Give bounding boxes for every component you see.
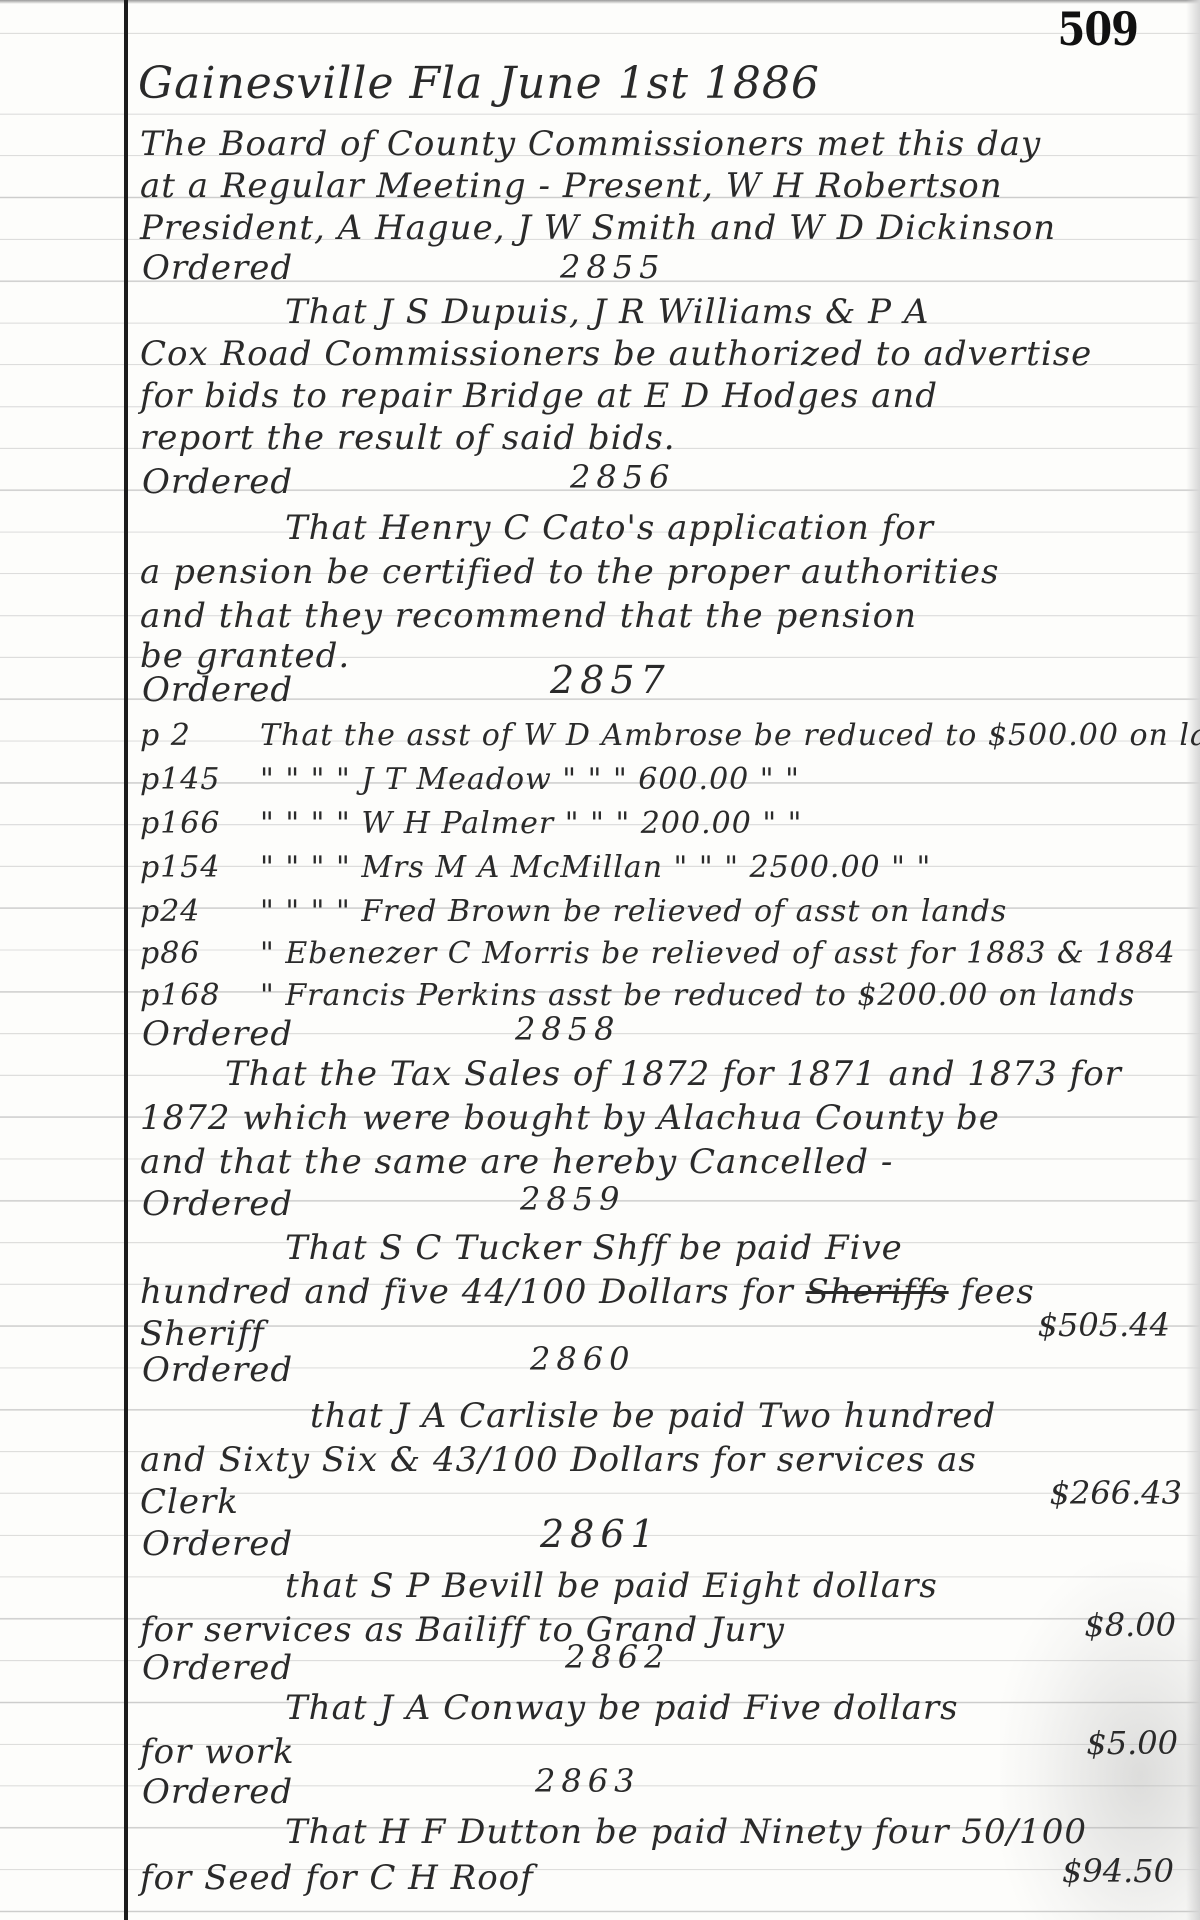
struck-word: Sheriffs bbox=[806, 1272, 949, 1312]
page-ref: p24 bbox=[140, 894, 260, 929]
page-ref: p166 bbox=[140, 806, 260, 841]
preamble-line: The Board of County Commissioners met th… bbox=[140, 124, 1041, 164]
assessment-text: " " " " J T Meadow " " " 600.00 " " bbox=[260, 762, 800, 797]
order-text: for services as Bailiff to Grand Jury bbox=[140, 1610, 785, 1650]
assessment-row: p166" " " " W H Palmer " " " 200.00 " " bbox=[140, 806, 802, 841]
order-number: 2858 bbox=[515, 1010, 620, 1048]
ordered-label: Ordered bbox=[142, 1524, 293, 1564]
page-heading: Gainesville Fla June 1st 1886 bbox=[138, 58, 820, 109]
order-number: 2857 bbox=[550, 658, 671, 702]
order-number: 2860 bbox=[530, 1340, 635, 1378]
payment-amount: $5.00 bbox=[1086, 1724, 1178, 1762]
page-number: 509 bbox=[1058, 2, 1139, 56]
order-number: 2859 bbox=[520, 1180, 625, 1218]
ordered-label: Ordered bbox=[142, 670, 293, 710]
order-text: for Seed for C H Roof bbox=[140, 1858, 534, 1898]
assessment-row: p168" Francis Perkins asst be reduced to… bbox=[140, 978, 1135, 1013]
page-ref: p145 bbox=[140, 762, 260, 797]
order-number: 2861 bbox=[540, 1512, 661, 1556]
assessment-text: That the asst of W D Ambrose be reduced … bbox=[260, 718, 1200, 753]
assessment-text: " Francis Perkins asst be reduced to $20… bbox=[260, 978, 1135, 1013]
order-text: 1872 which were bought by Alachua County… bbox=[140, 1098, 1000, 1138]
page-ref: p 2 bbox=[140, 718, 260, 753]
order-text: hundred and five 44/100 Dollars for Sher… bbox=[140, 1272, 1035, 1312]
order-text-fragment: hundred and five 44/100 Dollars for bbox=[140, 1272, 794, 1312]
preamble-line: at a Regular Meeting - Present, W H Robe… bbox=[140, 166, 1003, 206]
payment-amount: $266.43 bbox=[1050, 1474, 1182, 1512]
page-top-edge bbox=[0, 0, 1200, 4]
payment-amount: $94.50 bbox=[1062, 1852, 1174, 1890]
order-text: That Henry C Cato's application for bbox=[285, 508, 934, 548]
order-text: and that the same are hereby Cancelled - bbox=[140, 1142, 893, 1182]
ordered-label: Ordered bbox=[142, 1350, 293, 1390]
order-number: 2862 bbox=[565, 1638, 670, 1676]
assessment-row: p154" " " " Mrs M A McMillan " " " 2500.… bbox=[140, 850, 931, 885]
order-text: That the Tax Sales of 1872 for 1871 and … bbox=[225, 1054, 1122, 1094]
payment-amount: $505.44 bbox=[1038, 1306, 1170, 1344]
ordered-label: Ordered bbox=[142, 1772, 293, 1812]
order-text: That J S Dupuis, J R Williams & P A bbox=[285, 292, 929, 332]
order-text: a pension be certified to the proper aut… bbox=[140, 552, 999, 592]
order-text: Clerk bbox=[140, 1482, 239, 1522]
order-text: that S P Bevill be paid Eight dollars bbox=[285, 1566, 938, 1606]
payment-amount: $8.00 bbox=[1084, 1606, 1176, 1644]
order-text: and Sixty Six & 43/100 Dollars for servi… bbox=[140, 1440, 977, 1480]
assessment-row: p24" " " " Fred Brown be relieved of ass… bbox=[140, 894, 1007, 929]
page-ref: p168 bbox=[140, 978, 260, 1013]
preamble-line: President, A Hague, J W Smith and W D Di… bbox=[140, 208, 1056, 248]
ledger-page: 509 Gainesville Fla June 1st 1886 The Bo… bbox=[0, 0, 1200, 1920]
ordered-label: Ordered bbox=[142, 1014, 293, 1054]
assessment-text: " " " " W H Palmer " " " 200.00 " " bbox=[260, 806, 802, 841]
assessment-row: p86" Ebenezer C Morris be relieved of as… bbox=[140, 936, 1176, 971]
assessment-row: p 2That the asst of W D Ambrose be reduc… bbox=[140, 718, 1200, 753]
ordered-label: Ordered bbox=[142, 462, 293, 502]
ordered-label: Ordered bbox=[142, 248, 293, 288]
order-text: Cox Road Commissioners be authorized to … bbox=[140, 334, 1092, 374]
order-text: That J A Conway be paid Five dollars bbox=[285, 1688, 959, 1728]
order-text: That H F Dutton be paid Ninety four 50/1… bbox=[285, 1812, 1087, 1852]
margin-rule bbox=[124, 0, 128, 1920]
assessment-text: " " " " Fred Brown be relieved of asst o… bbox=[260, 894, 1007, 929]
order-text: That S C Tucker Shff be paid Five bbox=[285, 1228, 903, 1268]
order-text: that J A Carlisle be paid Two hundred bbox=[310, 1396, 996, 1436]
order-text: and that they recommend that the pension bbox=[140, 596, 917, 636]
order-text: Sheriff bbox=[140, 1314, 265, 1354]
ordered-label: Ordered bbox=[142, 1648, 293, 1688]
order-number: 2855 bbox=[560, 248, 665, 286]
order-number: 2863 bbox=[535, 1762, 640, 1800]
assessment-text: " " " " Mrs M A McMillan " " " 2500.00 "… bbox=[260, 850, 931, 885]
order-text: for bids to repair Bridge at E D Hodges … bbox=[140, 376, 938, 416]
assessment-text: " Ebenezer C Morris be relieved of asst … bbox=[260, 936, 1176, 971]
assessment-row: p145" " " " J T Meadow " " " 600.00 " " bbox=[140, 762, 800, 797]
page-ref: p86 bbox=[140, 936, 260, 971]
order-number: 2856 bbox=[570, 458, 675, 496]
order-text-fragment: fees bbox=[960, 1272, 1034, 1312]
ordered-label: Ordered bbox=[142, 1184, 293, 1224]
order-text: for work bbox=[140, 1732, 295, 1772]
order-text: report the result of said bids. bbox=[140, 418, 676, 458]
page-ref: p154 bbox=[140, 850, 260, 885]
